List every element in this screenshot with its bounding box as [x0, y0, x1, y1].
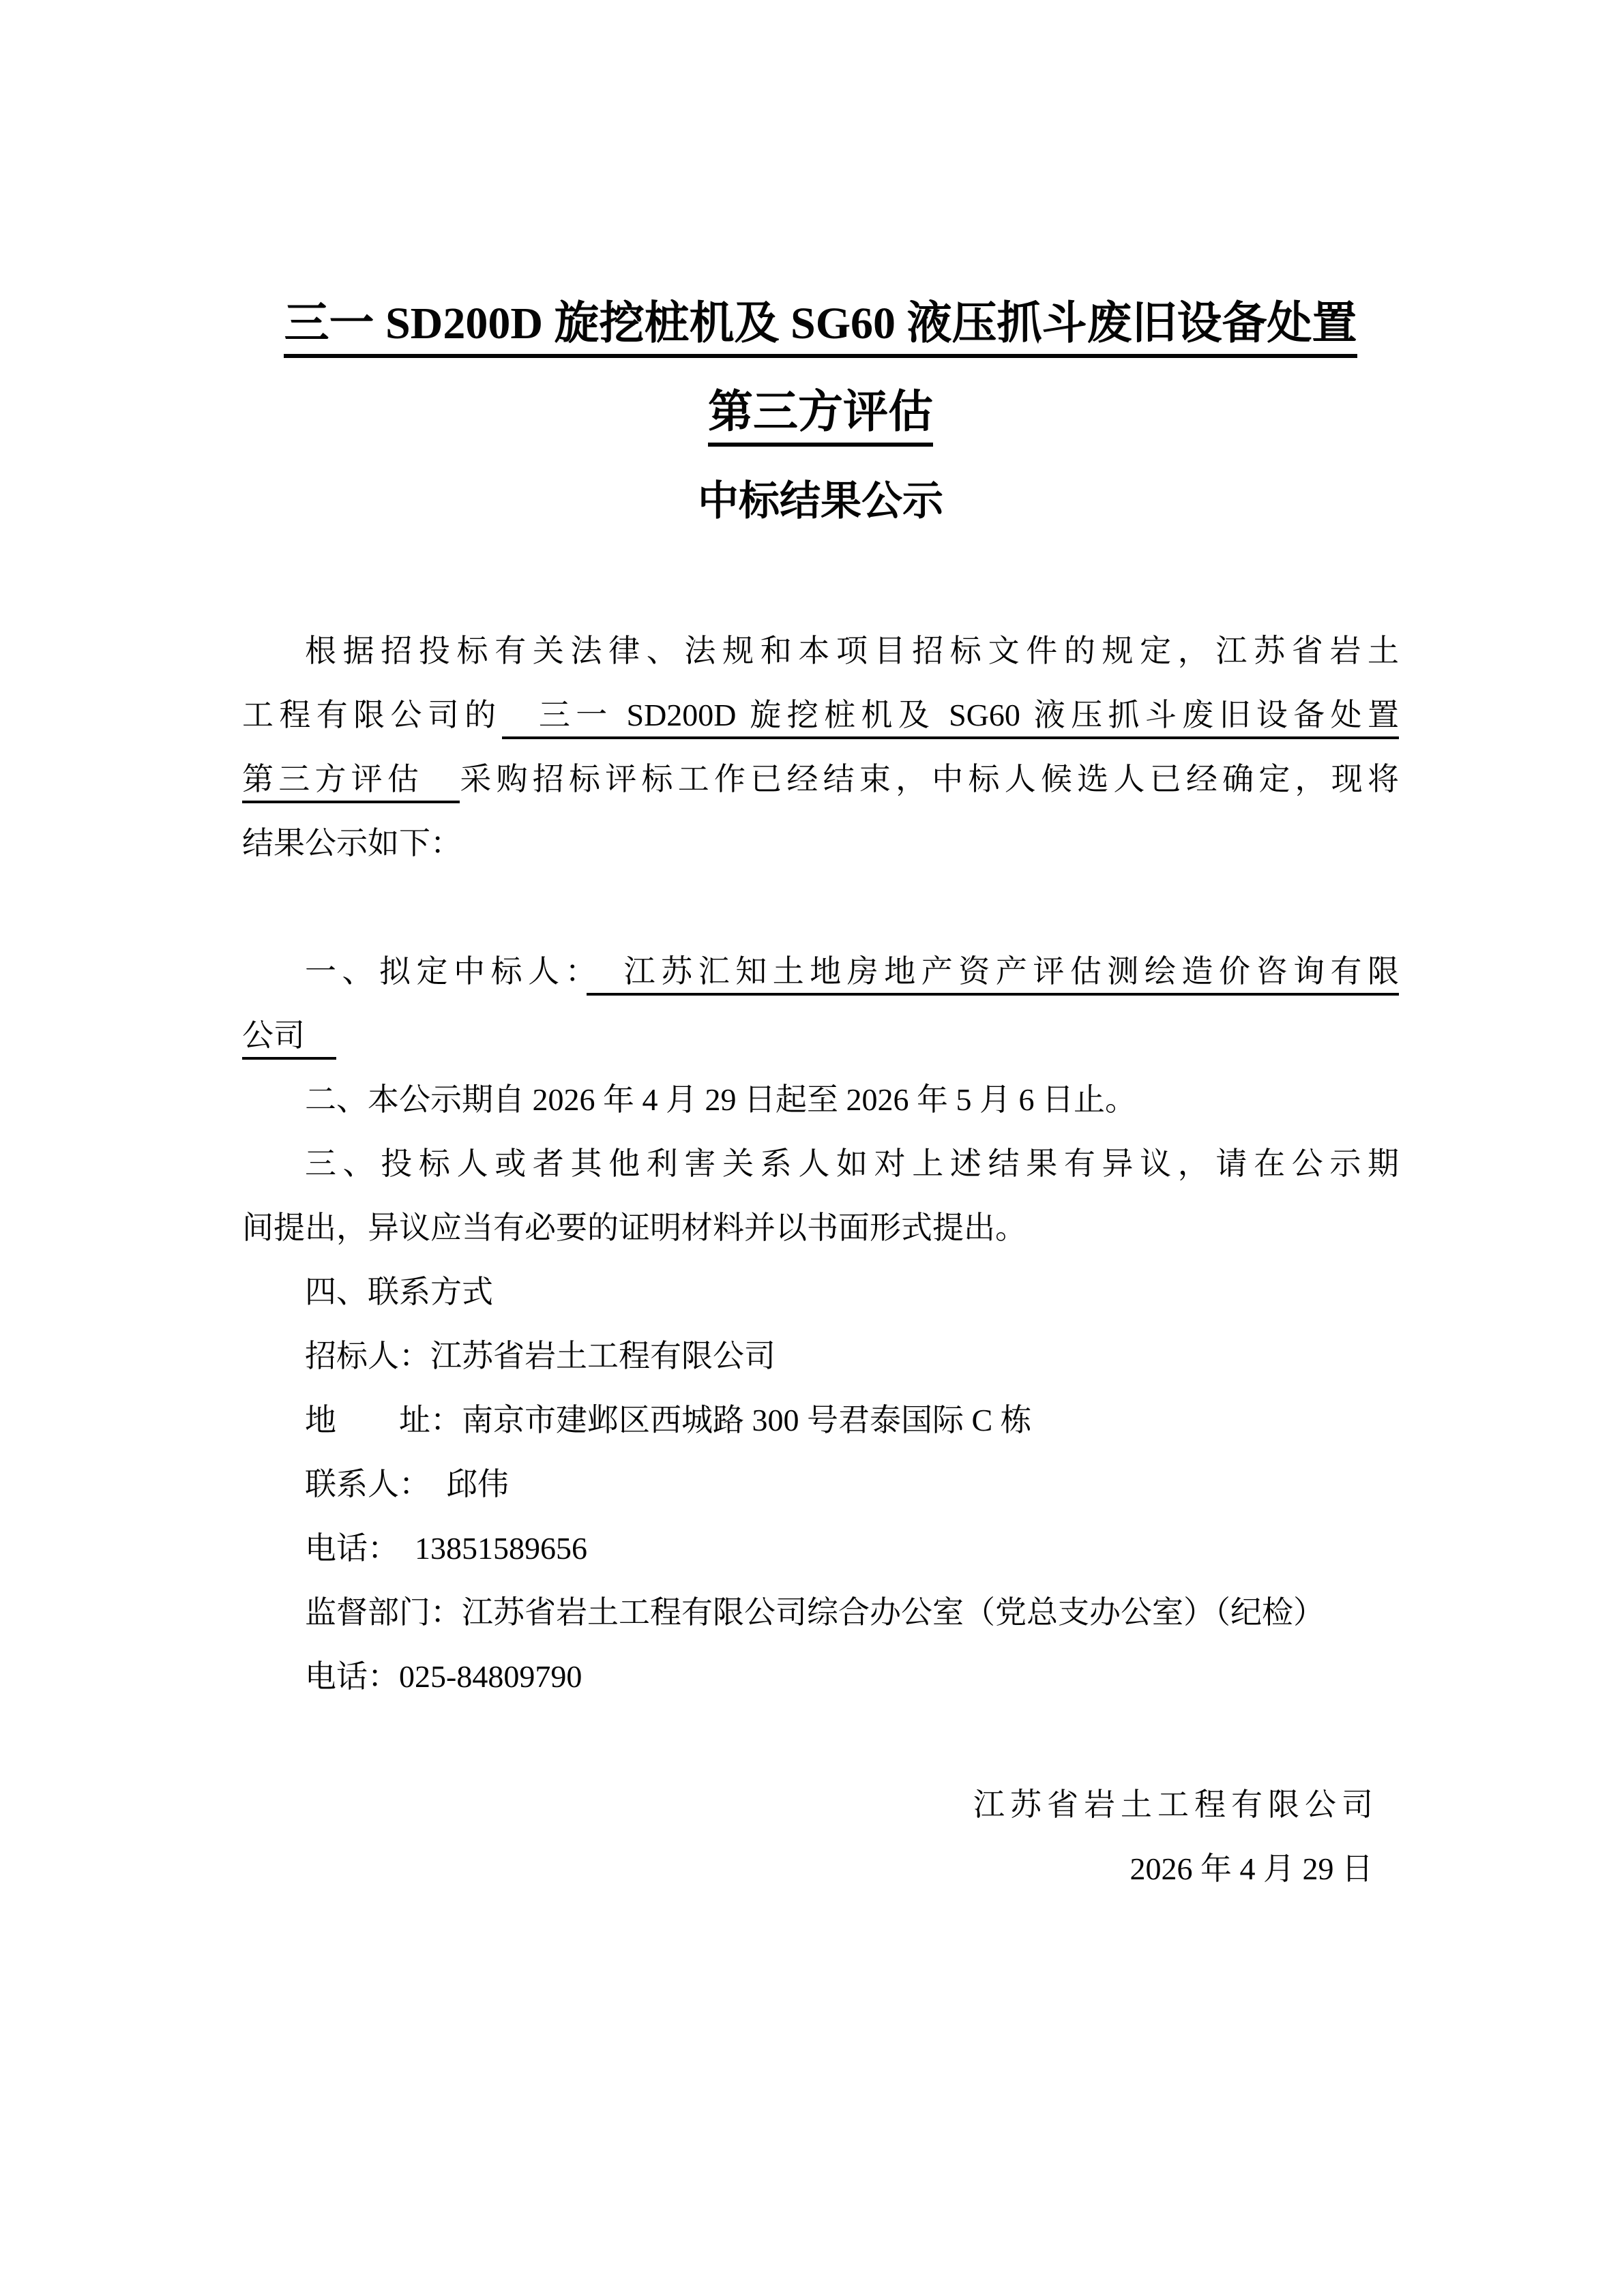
contact-supervision-phone-text: 电话：025-84809790	[305, 1659, 582, 1694]
para1-line2: 工程有限公司的 三一 SD200D 旋挖桩机及 SG60 液压抓斗废旧设备处置	[242, 683, 1399, 747]
document-page: 三一 SD200D 旋挖桩机及 SG60 液压抓斗废旧设备处置 第三方评估 中标…	[0, 0, 1624, 2296]
contact-phone: 电话： 13851589656	[242, 1517, 1399, 1581]
signature-company-text: 江苏省岩土工程有限公司	[973, 1787, 1378, 1822]
title-line-1: 三一 SD200D 旋挖桩机及 SG60 液压抓斗废旧设备处置	[242, 280, 1399, 368]
title-line-2: 第三方评估	[242, 368, 1399, 457]
para1-line2-underlined: 三一 SD200D 旋挖桩机及 SG60 液压抓斗废旧设备处置	[502, 698, 1399, 739]
para1-line3-underlined: 第三方评估	[242, 762, 460, 803]
item1-line2: 公司	[242, 1004, 1399, 1068]
title-line-3: 中标结果公示	[242, 457, 1399, 546]
title-line-1-text: 三一 SD200D 旋挖桩机及 SG60 液压抓斗废旧设备处置	[284, 299, 1357, 358]
item4-line: 四、联系方式	[242, 1260, 1399, 1324]
para1-line3: 第三方评估 采购招标评标工作已经结束，中标人候选人已经确定，现将	[242, 747, 1399, 811]
para1-line1: 根据招投标有关法律、法规和本项目招标文件的规定，江苏省岩土	[242, 619, 1399, 683]
item2-line: 二、本公示期自 2026 年 4 月 29 日起至 2026 年 5 月 6 日…	[242, 1068, 1399, 1132]
contact-address: 地 址：南京市建邺区西城路 300 号君泰国际 C 栋	[242, 1388, 1399, 1452]
para1-line1-text: 根据招投标有关法律、法规和本项目招标文件的规定，江苏省岩土	[305, 633, 1399, 668]
contact-person: 联系人： 邱伟	[242, 1452, 1399, 1517]
item3-line2: 间提出，异议应当有必要的证明材料并以书面形式提出。	[242, 1196, 1399, 1260]
contact-phone-text: 电话： 13851589656	[305, 1531, 587, 1566]
contact-supervision-text: 监督部门：江苏省岩土工程有限公司综合办公室（党总支办公室）（纪检）	[305, 1595, 1325, 1630]
contact-tenderer-text: 招标人：江苏省岩土工程有限公司	[305, 1339, 776, 1373]
item1-winner-line2: 公司	[242, 1018, 336, 1060]
para1-line4: 结果公示如下：	[242, 811, 1399, 876]
contact-address-text: 地 址：南京市建邺区西城路 300 号君泰国际 C 栋	[305, 1403, 1032, 1437]
contact-supervision: 监督部门：江苏省岩土工程有限公司综合办公室（党总支办公室）（纪检）	[242, 1581, 1399, 1645]
para1-line4-text: 结果公示如下：	[242, 826, 462, 861]
item3-line2-text: 间提出，异议应当有必要的证明材料并以书面形式提出。	[242, 1210, 1027, 1245]
signature-company: 江苏省岩土工程有限公司	[242, 1773, 1399, 1837]
item1-label: 一、拟定中标人：	[305, 954, 587, 989]
item3-line1: 三、投标人或者其他利害关系人如对上述结果有异议，请在公示期	[242, 1132, 1399, 1196]
item4-text: 四、联系方式	[305, 1274, 493, 1309]
title-line-2-text: 第三方评估	[708, 387, 933, 447]
contact-person-text: 联系人： 邱伟	[305, 1467, 509, 1502]
item1-line1: 一、拟定中标人： 江苏汇知土地房地产资产评估测绘造价咨询有限	[242, 940, 1399, 1004]
contact-supervision-phone: 电话：025-84809790	[242, 1645, 1399, 1709]
para1-line3-plain: 采购招标评标工作已经结束，中标人候选人已经确定，现将	[460, 762, 1399, 796]
blank-line	[242, 876, 1399, 940]
document-body: 根据招投标有关法律、法规和本项目招标文件的规定，江苏省岩土 工程有限公司的 三一…	[242, 619, 1399, 1901]
signature-date-text: 2026 年 4 月 29 日	[1130, 1851, 1374, 1886]
para1-line2-plain: 工程有限公司的	[242, 698, 502, 732]
blank-line	[242, 1709, 1399, 1773]
signature-date: 2026 年 4 月 29 日	[242, 1837, 1399, 1901]
item3-line1-text: 三、投标人或者其他利害关系人如对上述结果有异议，请在公示期	[305, 1146, 1399, 1181]
item1-winner-line1: 江苏汇知土地房地产资产评估测绘造价咨询有限	[587, 954, 1399, 996]
item2-text: 二、本公示期自 2026 年 4 月 29 日起至 2026 年 5 月 6 日…	[305, 1082, 1136, 1117]
contact-tenderer: 招标人：江苏省岩土工程有限公司	[242, 1324, 1399, 1388]
title-line-3-text: 中标结果公示	[698, 479, 943, 524]
document-content: 三一 SD200D 旋挖桩机及 SG60 液压抓斗废旧设备处置 第三方评估 中标…	[0, 0, 1624, 1901]
